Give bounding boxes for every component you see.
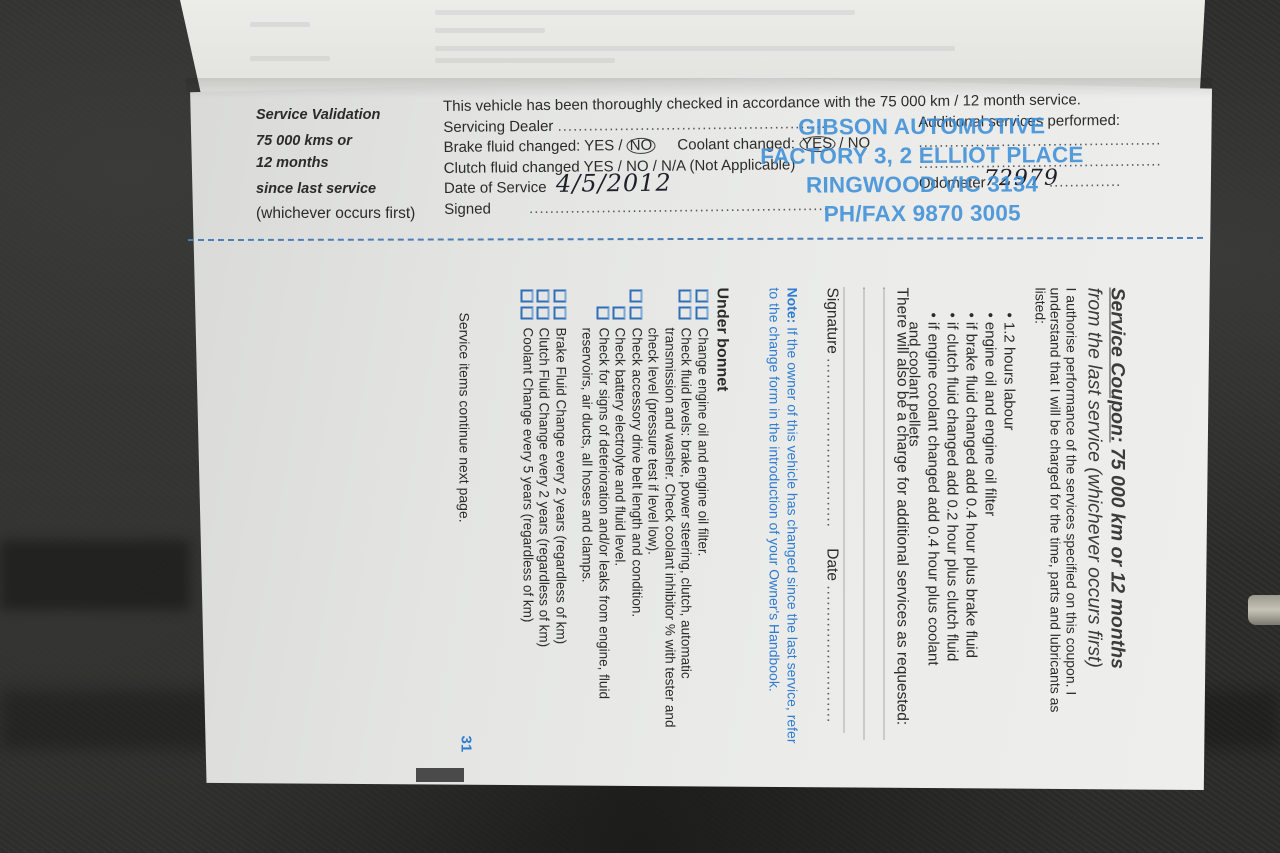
checkbox[interactable]	[537, 290, 550, 303]
additional-request-line-2[interactable]	[864, 288, 865, 740]
service-coupon: Service Coupon: 75 000 km or 12 months f…	[241, 283, 1141, 758]
checklist-item: Coolant Change every 5 years (regardless…	[519, 288, 536, 758]
checkbox[interactable]	[696, 307, 709, 320]
validation-whichever: (whichever occurs first)	[256, 203, 436, 225]
checklist-item: Check accessory drive belt length and co…	[628, 288, 645, 758]
coupon-date-field[interactable]: ..........................	[824, 585, 841, 723]
coupon-title: Service Coupon: 75 000 km or 12 months	[1109, 288, 1126, 669]
checkbox[interactable]	[696, 290, 709, 303]
additional-request-line-3[interactable]	[844, 288, 845, 733]
page-tab-marker	[416, 768, 464, 782]
checkbox[interactable]	[597, 307, 610, 320]
checklist-item: Check battery electrolyte and fluid leve…	[612, 288, 629, 758]
checklist-item: Change engine oil and engine oil filter.	[694, 288, 711, 758]
coupon-subtitle-em: last	[1084, 364, 1106, 394]
metal-key-object	[1248, 595, 1280, 625]
additional-charge-text: There will also be a charge for addition…	[894, 288, 911, 726]
signature-field[interactable]: ................................	[824, 358, 841, 528]
checklist-item: Clutch Fluid Change every 2 years (regar…	[536, 288, 553, 758]
additional-request-line-1[interactable]	[884, 288, 885, 740]
dealer-stamp-suburb: RINGWOOD VIC 3134	[742, 169, 1102, 200]
under-bonnet-checklist: Change engine oil and engine oil filter.…	[519, 288, 711, 758]
validation-interval-months: 12 months	[256, 152, 436, 174]
checkbox[interactable]	[521, 290, 534, 303]
dealer-stamp-name: GIBSON AUTOMOTIVE	[742, 111, 1102, 142]
date-of-service-label: Date of Service	[444, 179, 547, 197]
validation-since: since last service	[256, 178, 436, 200]
checkbox[interactable]	[554, 290, 567, 303]
background-shadow	[0, 540, 190, 610]
note-text: If the owner of this vehicle has changed…	[767, 288, 801, 744]
under-bonnet-heading: Under bonnet	[714, 288, 731, 392]
note-label: Note:	[785, 288, 801, 324]
coupon-title-interval: 75 000 km or 12 months	[1107, 442, 1129, 669]
coupon-authorisation-text: I authorise performance of the services …	[1032, 288, 1079, 748]
checkbox[interactable]	[554, 307, 567, 320]
signature-label: Signature	[824, 288, 841, 354]
charge-item: • 1.2 hours labour	[1000, 313, 1019, 666]
charge-item: • engine oil and engine oil filter	[981, 313, 1000, 666]
coupon-subtitle-pre: from the	[1084, 288, 1106, 365]
coupon-subtitle: from the last service (whichever occurs …	[1086, 288, 1103, 668]
checkbox[interactable]	[679, 307, 692, 320]
checkbox[interactable]	[521, 307, 534, 320]
brake-fluid-circled-answer[interactable]: NO	[627, 138, 656, 154]
servicing-dealer-label: Servicing Dealer	[443, 117, 553, 135]
continue-next-page-text: Service items continue next page.	[456, 313, 473, 523]
checkbox[interactable]	[613, 307, 626, 320]
validation-interval-km: 75 000 kms or	[256, 130, 436, 152]
charge-item: • if clutch fluid changed add 0.2 hour p…	[943, 313, 962, 666]
dealer-stamp-address: FACTORY 3, 2 ELLIOT PLACE	[742, 140, 1102, 171]
coupon-charges-list: • 1.2 hours labour • engine oil and engi…	[905, 313, 1019, 666]
coupon-subtitle-post: service (whichever occurs first)	[1084, 395, 1106, 668]
checklist-item: Check fluid levels: brake, power steerin…	[645, 288, 695, 758]
signature-row: Signature ..............................…	[824, 288, 841, 724]
owner-change-note: Note: If the owner of this vehicle has c…	[766, 288, 801, 758]
charge-item: • if brake fluid changed add 0.4 hour pl…	[962, 313, 981, 666]
checkbox[interactable]	[679, 290, 692, 303]
dealer-stamp-phone: PH/FAX 9870 3005	[742, 198, 1102, 229]
page-number: 31	[458, 736, 475, 753]
checkbox[interactable]	[630, 307, 643, 320]
brake-fluid-label: Brake fluid changed: YES /	[443, 137, 622, 156]
coupon-title-label: Service Coupon:	[1107, 288, 1129, 443]
charge-item: • if engine coolant changed add 0.4 hour…	[924, 313, 943, 666]
checkbox[interactable]	[537, 307, 550, 320]
validation-labels: Service Validation 75 000 kms or 12 mont…	[256, 104, 436, 225]
signed-label: Signed	[444, 200, 491, 217]
checklist-item: Check for signs of deterioration and/or …	[579, 288, 612, 758]
date-of-service-handwritten: 4/5/2012	[556, 173, 672, 195]
checklist-item: Brake Fluid Change every 2 years (regard…	[552, 288, 569, 758]
dealer-stamp: GIBSON AUTOMOTIVE FACTORY 3, 2 ELLIOT PL…	[742, 111, 1103, 229]
validation-title: Service Validation	[256, 104, 436, 126]
coupon-date-label: Date	[824, 548, 841, 581]
checkbox[interactable]	[630, 290, 643, 303]
